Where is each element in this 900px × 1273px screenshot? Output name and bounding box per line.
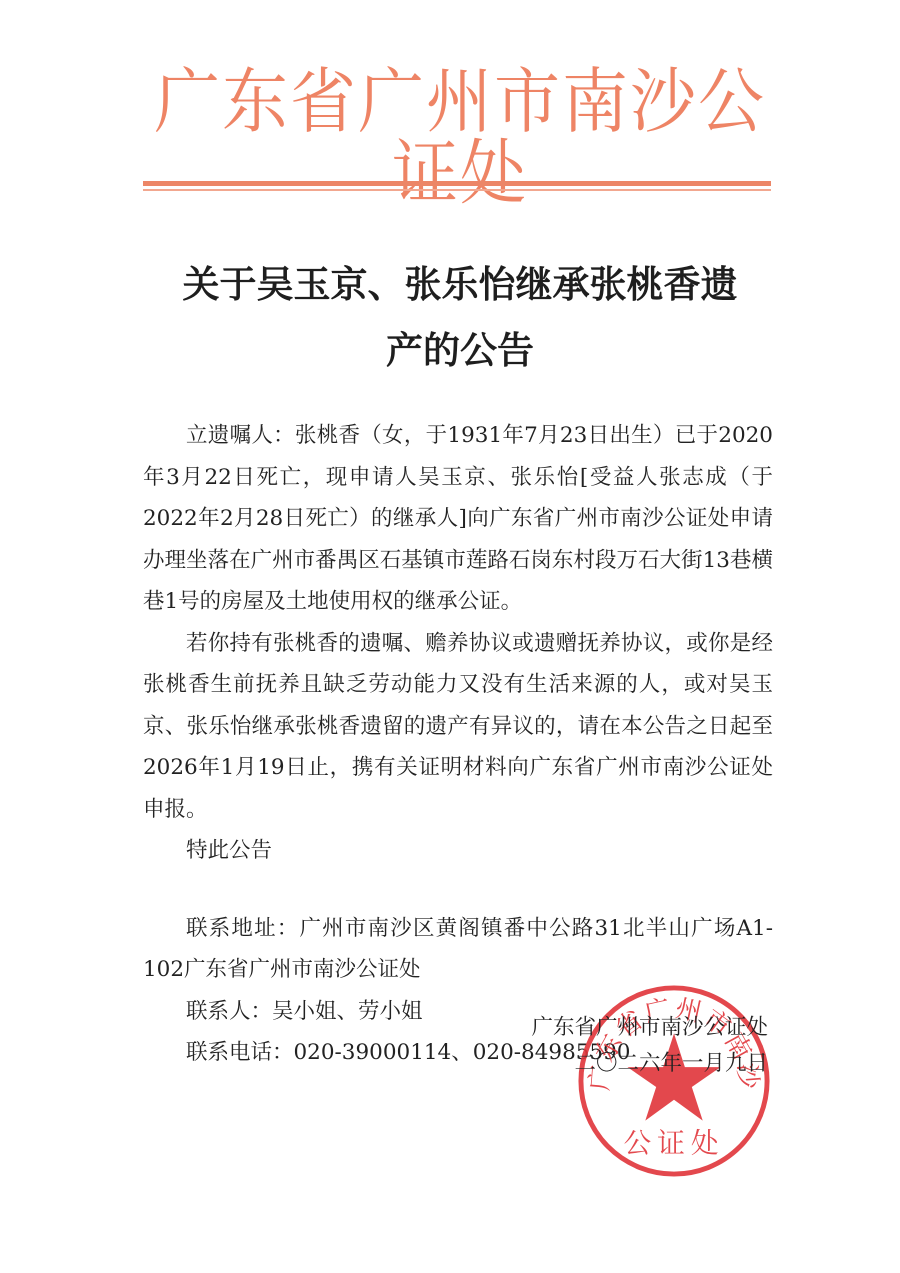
- signature-date: 二〇二六年一月九日: [531, 1046, 768, 1082]
- spacer: [143, 872, 773, 908]
- contact-address: 联系地址：广州市南沙区黄阁镇番中公路31北半山广场A1-102广东省广州市南沙公…: [143, 908, 773, 991]
- paragraph-testator-info: 立遗嘱人：张桃香（女，于1931年7月23日出生）已于2020年3月22日死亡，…: [143, 415, 773, 623]
- notice-body: 立遗嘱人：张桃香（女，于1931年7月23日出生）已于2020年3月22日死亡，…: [143, 415, 773, 1074]
- letterhead-divider-thick: [143, 181, 771, 186]
- letterhead-divider-thin: [143, 189, 771, 191]
- signature-block: 广东省广州市南沙公证处 二〇二六年一月九日: [531, 1010, 768, 1082]
- title-line-1: 关于吴玉京、张乐怡继承张桃香遗: [130, 252, 790, 318]
- notice-title: 关于吴玉京、张乐怡继承张桃香遗 产的公告: [130, 252, 790, 384]
- closing-statement: 特此公告: [143, 830, 773, 872]
- seal-bottom-text: 公证处: [624, 1126, 725, 1159]
- letterhead-org-name: 广东省广州市南沙公证处: [140, 67, 780, 210]
- paragraph-objection-instructions: 若你持有张桃香的遗嘱、赡养协议或遗赠抚养协议，或你是经张桃香生前抚养且缺乏劳动能…: [143, 623, 773, 831]
- title-line-2: 产的公告: [130, 318, 790, 384]
- signature-org: 广东省广州市南沙公证处: [531, 1010, 768, 1046]
